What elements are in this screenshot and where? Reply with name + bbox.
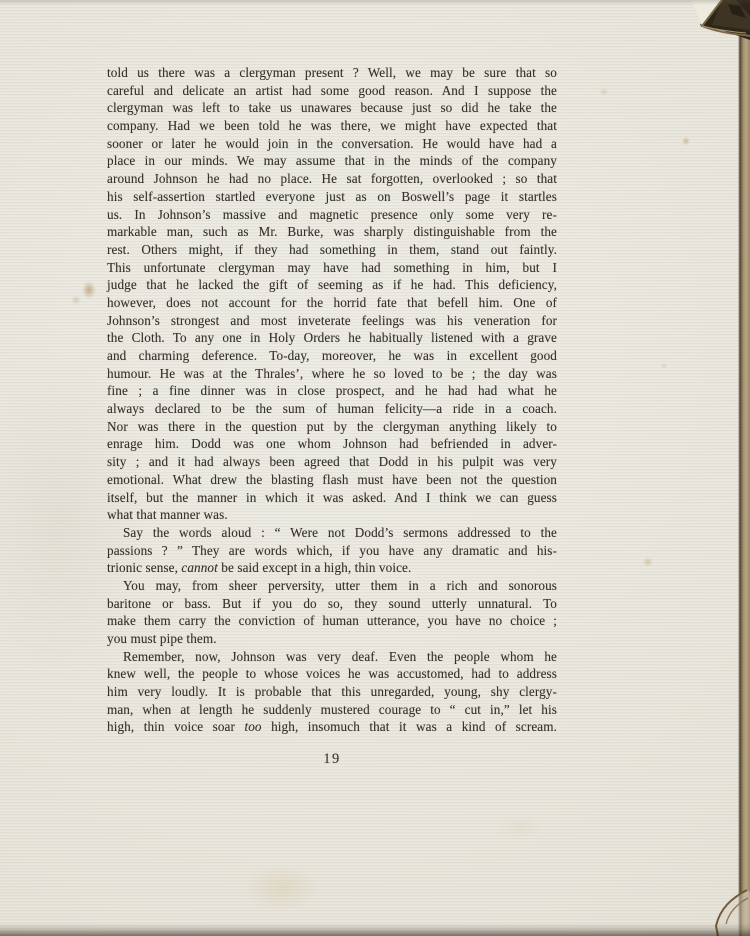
text-segment: however, does not account for the horrid… — [107, 295, 557, 310]
text-line: You may, from sheer perversity, utter th… — [107, 577, 557, 595]
text-line: enrage him. Dodd was one whom Johnson ha… — [107, 435, 557, 453]
text-line: markable man, such as Mr. Burke, was sha… — [107, 223, 557, 241]
text-segment: high, thin voice soar — [107, 719, 244, 734]
text-line: humour. He was at the Thrales’, where he… — [107, 365, 557, 383]
text-line: told us there was a clergyman present ? … — [107, 64, 557, 82]
text-segment: fine ; a fine dinner was in close prospe… — [107, 383, 557, 398]
text-line: company. Had we been told he was there, … — [107, 117, 557, 135]
text-segment: enrage him. Dodd was one whom Johnson ha… — [107, 436, 557, 451]
text-segment: sity ; and it had always been agreed tha… — [107, 454, 557, 469]
text-segment: careful and delicate an artist had some … — [107, 83, 557, 98]
text-line: around Johnson he had no place. He sat f… — [107, 170, 557, 188]
text-segment: and charming deference. To-day, moreover… — [107, 348, 557, 363]
text-line: you must pipe them. — [107, 630, 557, 648]
page-curl-graphic — [690, 880, 750, 936]
text-segment: knew well, the people to whose voices he… — [107, 666, 557, 681]
text-line: Remember, now, Johnson was very deaf. Ev… — [107, 648, 557, 666]
text-segment: markable man, such as Mr. Burke, was sha… — [107, 224, 557, 239]
top-shadow — [0, 0, 750, 5]
text-block: told us there was a clergyman present ? … — [107, 64, 557, 736]
text-segment: passions ? ” They are words which, if yo… — [107, 543, 557, 558]
text-segment: him very loudly. It is probable that thi… — [107, 684, 557, 699]
text-line: man, when at length he suddenly mustered… — [107, 701, 557, 719]
italic-text: cannot — [181, 560, 218, 575]
text-line: what that manner was. — [107, 506, 557, 524]
text-line: Johnson’s strongest and most inveterate … — [107, 312, 557, 330]
text-segment: emotional. What drew the blasting flash … — [107, 472, 557, 487]
text-line: Say the words aloud : “ Were not Dodd’s … — [107, 524, 557, 542]
text-line: careful and delicate an artist had some … — [107, 82, 557, 100]
text-line: rest. Others might, if they had somethin… — [107, 241, 557, 259]
text-line: make them carry the conviction of human … — [107, 612, 557, 630]
text-segment: place in our minds. We may assume that i… — [107, 153, 557, 168]
text-line: place in our minds. We may assume that i… — [107, 152, 557, 170]
text-line: and charming deference. To-day, moreover… — [107, 347, 557, 365]
text-line: sity ; and it had always been agreed tha… — [107, 453, 557, 471]
italic-text: too — [244, 719, 261, 734]
text-segment: us. In Johnson’s massive and magnetic pr… — [107, 207, 557, 222]
text-line: clergyman was left to take us unawares b… — [107, 99, 557, 117]
text-line: high, thin voice soar too high, insomuch… — [107, 718, 557, 736]
text-segment: Johnson’s strongest and most inveterate … — [107, 313, 557, 328]
text-segment: itself, but the manner in which it was a… — [107, 490, 557, 505]
text-line: knew well, the people to whose voices he… — [107, 665, 557, 683]
text-segment: make them carry the conviction of human … — [107, 613, 557, 628]
text-segment: trionic sense, — [107, 560, 181, 575]
text-segment: clergyman was left to take us unawares b… — [107, 100, 557, 115]
text-segment: the Cloth. To any one in Holy Orders he … — [107, 330, 557, 345]
text-line: always declared to be the sum of human f… — [107, 400, 557, 418]
text-line: trionic sense, cannot be said except in … — [107, 559, 557, 577]
text-line: his self-assertion startled everyone jus… — [107, 188, 557, 206]
text-segment: his self-assertion startled everyone jus… — [107, 189, 557, 204]
book-page: told us there was a clergyman present ? … — [0, 0, 750, 936]
text-segment: Remember, now, Johnson was very deaf. Ev… — [123, 649, 557, 664]
text-segment: you must pipe them. — [107, 631, 217, 646]
text-segment: judge that he lacked the gift of seeming… — [107, 277, 557, 292]
text-line: Nor was there in the question put by the… — [107, 418, 557, 436]
text-line: judge that he lacked the gift of seeming… — [107, 276, 557, 294]
text-segment: baritone or bass. But if you do so, they… — [107, 596, 557, 611]
text-line: sooner or later he would join in the con… — [107, 135, 557, 153]
page-number: 19 — [107, 751, 557, 768]
text-segment: high, insomuch that it was a kind of scr… — [262, 719, 557, 734]
text-segment: Say the words aloud : “ Were not Dodd’s … — [123, 525, 557, 540]
text-segment: Nor was there in the question put by the… — [107, 419, 557, 434]
text-line: passions ? ” They are words which, if yo… — [107, 542, 557, 560]
page-edge — [738, 0, 750, 936]
text-segment: company. Had we been told he was there, … — [107, 118, 557, 133]
bottom-shadow — [0, 923, 750, 936]
text-line: him very loudly. It is probable that thi… — [107, 683, 557, 701]
text-line: baritone or bass. But if you do so, they… — [107, 595, 557, 613]
text-segment: sooner or later he would join in the con… — [107, 136, 557, 151]
text-line: emotional. What drew the blasting flash … — [107, 471, 557, 489]
text-line: itself, but the manner in which it was a… — [107, 489, 557, 507]
text-segment: always declared to be the sum of human f… — [107, 401, 557, 416]
text-segment: be said except in a high, thin voice. — [218, 560, 412, 575]
text-segment: told us there was a clergyman present ? … — [107, 65, 557, 80]
text-line: us. In Johnson’s massive and magnetic pr… — [107, 206, 557, 224]
text-segment: man, when at length he suddenly mustered… — [107, 702, 557, 717]
text-segment: what that manner was. — [107, 507, 228, 522]
text-line: fine ; a fine dinner was in close prospe… — [107, 382, 557, 400]
text-line: This unfortunate clergyman may have had … — [107, 259, 557, 277]
text-line: however, does not account for the horrid… — [107, 294, 557, 312]
text-segment: This unfortunate clergyman may have had … — [107, 260, 557, 275]
text-line: the Cloth. To any one in Holy Orders he … — [107, 329, 557, 347]
text-segment: rest. Others might, if they had somethin… — [107, 242, 557, 257]
text-segment: humour. He was at the Thrales’, where he… — [107, 366, 557, 381]
torn-corner-graphic — [688, 0, 750, 46]
text-segment: You may, from sheer perversity, utter th… — [123, 578, 557, 593]
text-segment: around Johnson he had no place. He sat f… — [107, 171, 557, 186]
